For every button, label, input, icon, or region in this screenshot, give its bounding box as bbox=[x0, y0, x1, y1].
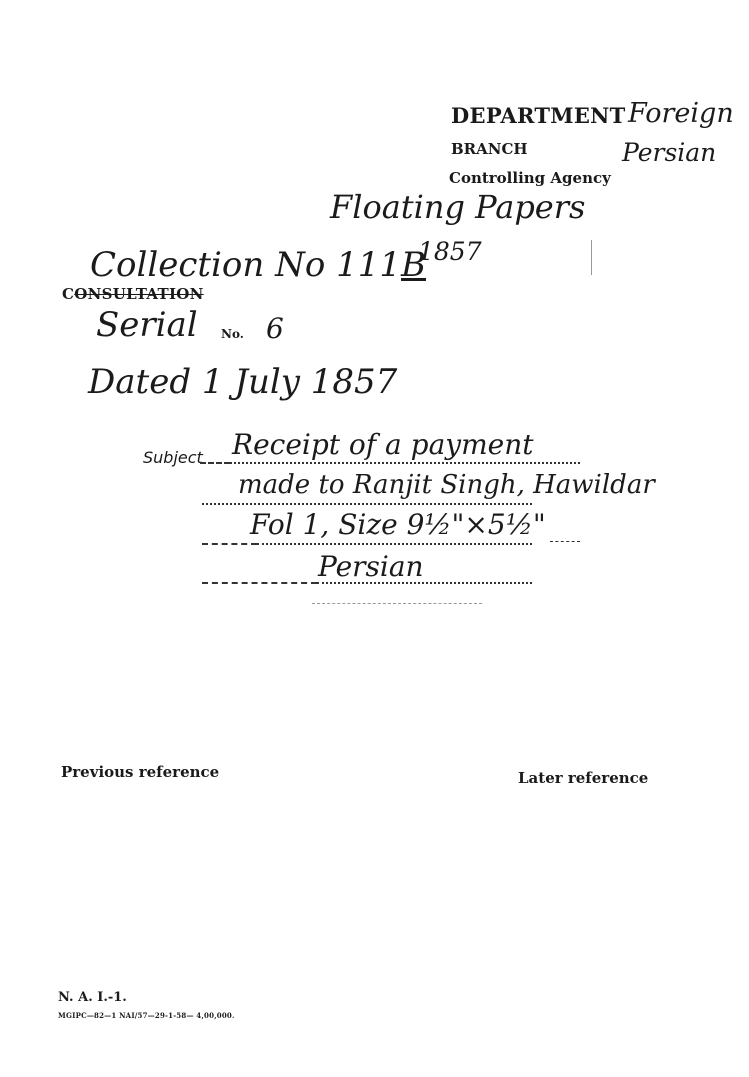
subject-line-3-rule bbox=[257, 543, 532, 545]
subject-leader-line bbox=[200, 462, 230, 464]
serial-handwritten-label: Serial bbox=[96, 305, 198, 345]
subject-line-1: Receipt of a payment bbox=[232, 428, 534, 461]
branch-label: BRANCH bbox=[451, 140, 528, 158]
later-reference-label: Later reference bbox=[518, 769, 648, 787]
collection-year: 1857 bbox=[418, 237, 482, 266]
collection-suffix: B bbox=[401, 245, 426, 285]
subject-line-1-rule bbox=[230, 462, 580, 464]
collection-prefix: Collection No 111 bbox=[90, 245, 401, 285]
department-label: DEPARTMENT bbox=[451, 103, 626, 128]
serial-no-label: No. bbox=[221, 327, 244, 341]
serial-number: 6 bbox=[266, 312, 284, 345]
department-value: Foreign bbox=[628, 98, 734, 129]
print-code: MGIPC—82—1 NAI/57—29-1-58— 4,00,000. bbox=[58, 1011, 235, 1020]
subject-line-3-extension bbox=[550, 541, 580, 542]
subject-label: Subject bbox=[143, 448, 203, 467]
consultation-struck-text: ONSULTATION bbox=[74, 285, 203, 303]
consultation-first-letter: C bbox=[62, 285, 74, 303]
subject-line-4-leader bbox=[202, 582, 317, 584]
subject-line-3-leader bbox=[202, 543, 257, 545]
previous-reference-label: Previous reference bbox=[61, 763, 219, 781]
subject-line-2-rule bbox=[202, 503, 532, 505]
form-id: N. A. I.-1. bbox=[58, 990, 127, 1005]
subject-line-4: Persian bbox=[318, 550, 424, 583]
subject-line-3: Fol 1, Size 9½"×5½" bbox=[250, 508, 546, 541]
collection-number: Collection No 111B bbox=[90, 245, 426, 285]
collection-group: Floating Papers bbox=[330, 188, 585, 226]
controlling-agency-label: Controlling Agency bbox=[449, 169, 611, 187]
stray-pen-mark bbox=[591, 240, 592, 275]
subject-line-2: made to Ranjit Singh, Hawildar bbox=[238, 470, 655, 500]
dated-value: Dated 1 July 1857 bbox=[88, 362, 397, 402]
subject-underline-stroke bbox=[312, 603, 482, 604]
branch-value: Persian bbox=[622, 138, 716, 167]
consultation-label: CONSULTATION bbox=[62, 285, 204, 303]
